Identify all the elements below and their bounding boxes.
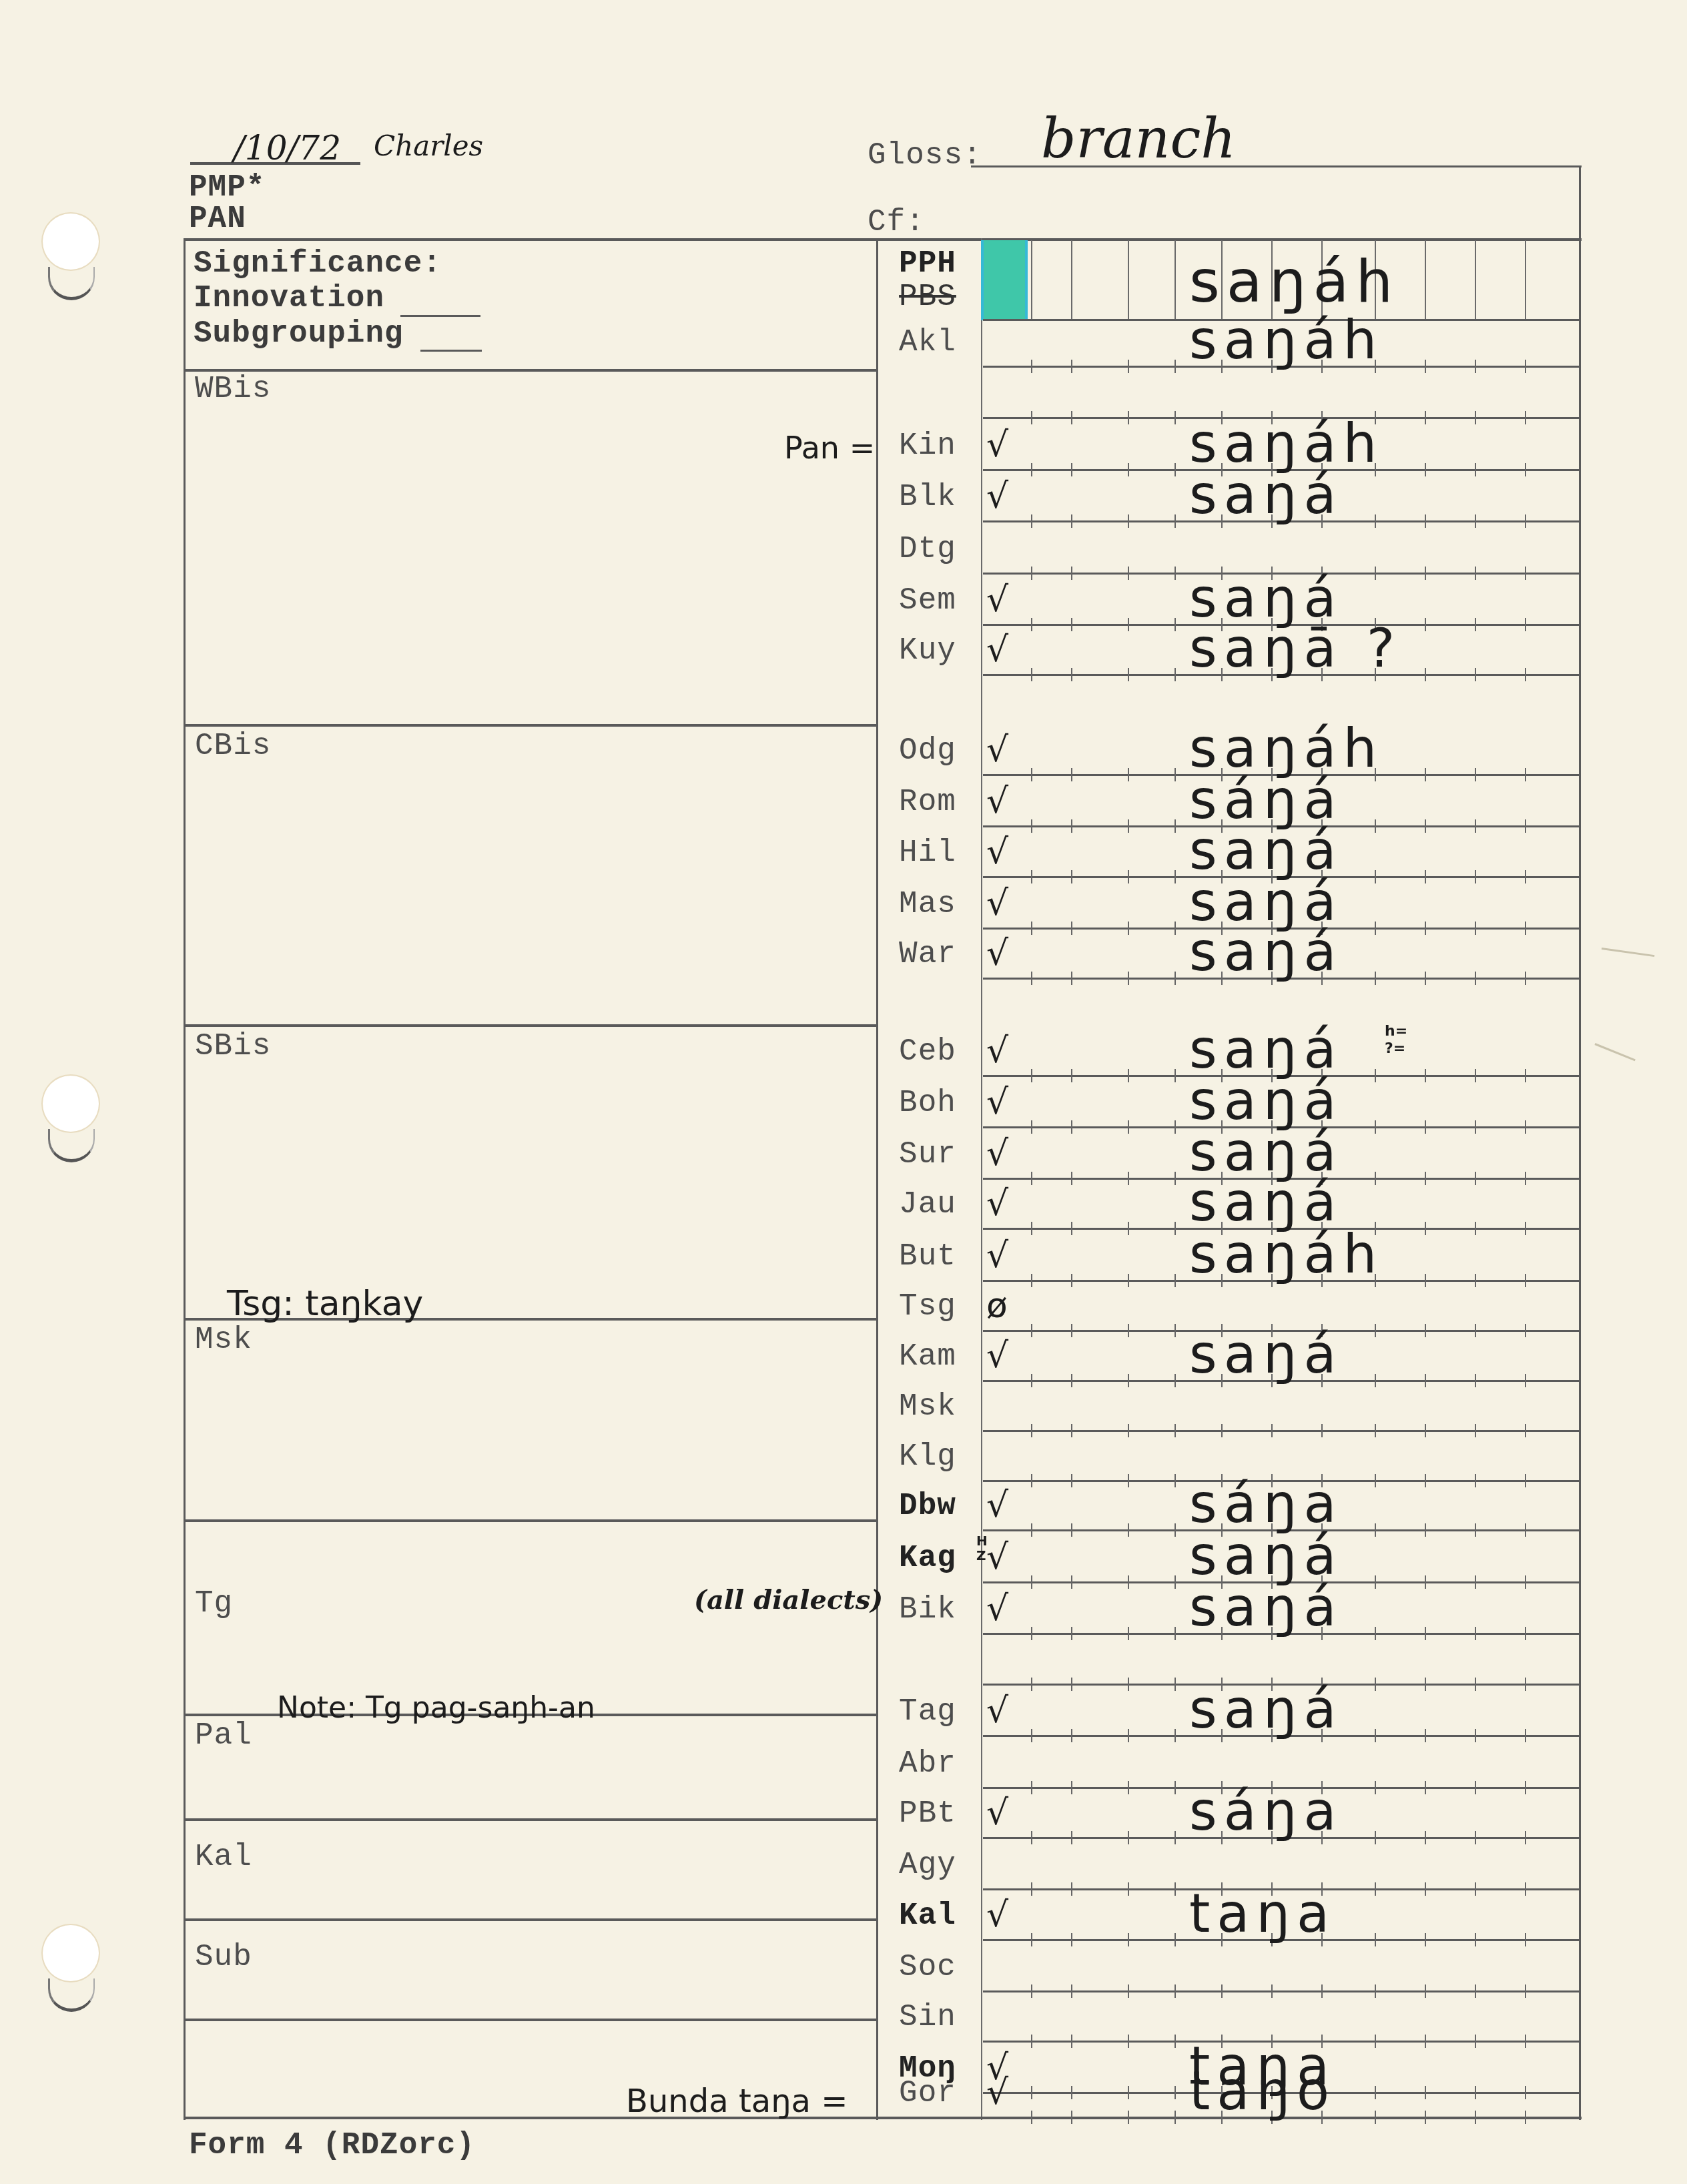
tsg-note: Tsg: taŋkay [227,1287,423,1321]
reflex-form: saŋá [1189,1529,1343,1583]
checkmark-icon: √ [986,1540,1008,1575]
language-code: Dbw [878,1491,978,1521]
reflex-form: saŋáh [1189,252,1399,311]
innovation-blank[interactable] [400,315,480,317]
table-row: Sur√saŋá [876,1126,1579,1178]
language-code: But [878,1241,978,1272]
language-code: Sem [878,585,978,616]
checkmark-icon: √ [986,733,1008,767]
punch-hole-top [43,214,99,270]
gloss-label: Gloss: [868,140,982,171]
reflex-form: saŋá [1189,1023,1343,1076]
pan-label: PAN [189,204,246,234]
cf-label: Cf: [868,207,925,238]
language-code: Kag [878,1543,978,1573]
language-superscript: H Z [976,1533,986,1563]
language-code: Kuy [878,635,978,666]
subgrouping-label: Subgrouping [194,318,404,349]
language-code: Odg [878,735,978,766]
checkmark-icon: √ [986,1591,1008,1626]
checkmark-icon: √ [986,479,1008,514]
stray-mark [1602,948,1655,957]
language-code: Bik [878,1594,978,1625]
pan-equals-note: Pan = [784,432,875,463]
checkmark-icon: √ [986,1186,1008,1221]
reflex-form: saŋá [1189,468,1343,522]
table-row: Ceb√saŋáh= ?= [876,978,1579,1075]
checkmark-icon: √ [986,1034,1008,1068]
table-row [876,366,1579,417]
table-row: Dbw√sáŋa [876,1480,1579,1529]
reflex-form: saŋáh [1189,722,1383,775]
table-row: Dtg [876,520,1579,573]
language-code: Tag [878,1696,978,1727]
date-value: /10/72 [234,131,341,165]
reflex-form: sáŋá [1189,773,1343,827]
language-code: Blk [878,482,978,512]
table-row: Sem√saŋá [876,573,1579,624]
form-left-border [184,238,186,2120]
language-code: Kam [878,1341,978,1372]
table-row: Blk√saŋá [876,469,1579,520]
table-row: Tag√saŋá [876,1684,1579,1735]
reflex-form: saŋá [1189,1074,1343,1128]
table-row: Rom√sáŋá [876,774,1579,825]
reflex-form: saŋā ? [1189,622,1401,675]
tg-note: Note: Tg pag-saŋh-an [277,1694,595,1723]
gloss-value: branch [1041,112,1236,167]
group-divider [184,2019,878,2021]
table-row: But√saŋáh [876,1228,1579,1280]
table-row: Boh√saŋá [876,1075,1579,1126]
table-row: Mas√saŋá [876,876,1579,928]
table-row: Sin [876,1990,1579,2041]
group-label-sbis: SBis [195,1031,271,1062]
checkmark-icon: √ [986,428,1008,462]
table-row: Msk [876,1380,1579,1430]
checkmark-icon: √ [986,1796,1008,1830]
language-code: Mas [878,889,978,920]
group-divider [184,1024,878,1027]
subgrouping-blank[interactable] [420,350,482,352]
checkmark-icon: √ [986,1085,1008,1120]
checkmark-icon: √ [986,1136,1008,1171]
bunda-note: Bunda taŋa = [626,2085,848,2117]
checkmark-icon: √ [986,583,1008,617]
stray-mark [1594,1043,1635,1061]
punch-hole-middle [43,1076,99,1132]
table-row: Abr [876,1735,1579,1787]
table-row: Tsgø [876,1280,1579,1330]
group-label-pal: Pal [195,1720,252,1751]
form-footer-label: Form 4 (RDZorc) [189,2130,475,2161]
language-code: Msk [878,1391,978,1422]
table-row: Aklsaŋáh [876,319,1579,366]
table-row: Soc [876,1939,1579,1990]
reflex-form: taŋa [1189,1887,1336,1940]
language-code: Kin [878,430,978,461]
checkmark-icon: √ [986,2075,1008,2110]
checkmark-icon: √ [986,936,1008,971]
group-label-kal: Kal [195,1842,252,1872]
reflex-form: saŋá [1189,1581,1343,1634]
punch-hole-shadow [48,1978,95,2012]
language-code: PBt [878,1798,978,1829]
innovation-label: Innovation [194,283,384,314]
header-date-line: /10/72 [190,130,360,165]
checkmark-icon: √ [986,1898,1008,1932]
table-row: Odg√saŋáh [876,674,1579,774]
checkmark-icon: √ [986,1694,1008,1728]
pmp-label: PMP* [189,172,265,203]
table-row: Hil√saŋá [876,825,1579,876]
language-code: Hil [878,837,978,868]
checkmark-icon: √ [986,1238,1008,1273]
struck-language-code: PBS [878,282,978,312]
language-code: Gor [878,2078,978,2109]
reflex-form: saŋá [1189,926,1343,979]
language-code: Klg [878,1441,978,1472]
group-label-tg: Tg [195,1588,233,1619]
language-code: Jau [878,1189,978,1220]
reflex-form: saŋá [1189,824,1343,877]
reflex-form: saŋá [1189,1683,1343,1736]
group-label-wbis: WBis [195,374,271,404]
table-row: Kuy√saŋā ? [876,624,1579,674]
table-row: Gor√taŋo [876,2092,1579,2117]
language-code: Dtg [878,534,978,565]
checkmark-icon: √ [986,784,1008,819]
language-code: War [878,939,978,970]
checkmark-icon: √ [986,835,1008,869]
all-dialects-note: (all dialects) [694,1587,883,1613]
language-code: Abr [878,1748,978,1779]
language-code: PPH [878,248,978,279]
checkmark-icon: √ [986,633,1008,667]
reflex-form: sáŋa [1189,1477,1343,1531]
table-row: Agy [876,1837,1579,1888]
group-divider [184,1918,878,1921]
table-row: PBt√sáŋa [876,1787,1579,1837]
group-label-msk: Msk [195,1325,252,1355]
table-row: War√saŋá [876,928,1579,978]
reflex-form: sáŋa [1189,1785,1343,1838]
group-label-sub: Sub [195,1942,252,1972]
group-label-cbis: CBis [195,731,271,761]
reflex-form: saŋáh [1189,1228,1383,1281]
table-row [876,1633,1579,1684]
table-row: Kam√saŋá [876,1330,1579,1380]
reflex-form: saŋá [1189,1328,1343,1381]
table-row: Jau√saŋá [876,1178,1579,1228]
language-code: Sin [878,2002,978,2033]
punch-hole-bottom [43,1925,99,1981]
punch-hole-shadow [48,267,95,300]
reflex-form: taŋo [1189,2065,1336,2118]
punch-hole-shadow [48,1129,95,1162]
language-code: Akl [878,327,978,358]
significance-title: Significance: [194,248,442,279]
group-divider [184,1519,878,1522]
reflex-form: saŋáh [1189,417,1383,470]
reflex-form: saŋá [1189,1176,1343,1229]
form-right-border [1579,238,1581,2120]
language-code: Soc [878,1952,978,1982]
group-divider [184,724,878,727]
checkmark-icon: √ [986,886,1008,921]
table-row: Kal√taŋa [876,1888,1579,1939]
language-code: Kal [878,1900,978,1931]
table-row: Bik√saŋá [876,1581,1579,1633]
language-code: Boh [878,1088,978,1118]
form-annotation: h= ?= [1385,1023,1411,1058]
right-frame-top [1579,165,1581,239]
null-mark-icon: ø [986,1289,1008,1323]
author-name: Charles [374,132,483,160]
group-divider [184,1818,878,1821]
table-row: KagH Z√saŋá [876,1529,1579,1581]
language-code: Agy [878,1850,978,1880]
language-code: Rom [878,787,978,817]
table-row: PPHPBSsaŋáh [876,240,1579,319]
language-code: Sur [878,1139,978,1170]
checkmark-icon: √ [986,1339,1008,1373]
group-divider [184,369,878,372]
table-row: Kin√saŋáh [876,417,1579,469]
language-code: Ceb [878,1036,978,1067]
checkmark-icon: √ [986,1488,1008,1523]
language-code: Tsg [878,1291,978,1322]
reflex-form: saŋáh [1189,314,1383,367]
